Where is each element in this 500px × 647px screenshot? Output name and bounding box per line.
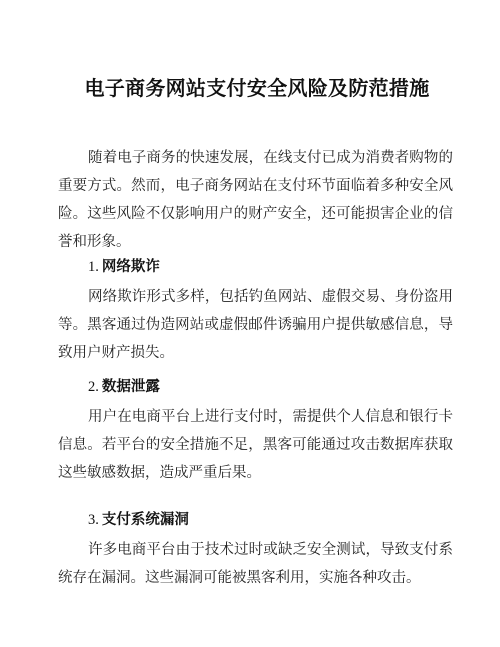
section-number: 2.: [88, 379, 99, 395]
section-heading-2: 2.数据泄露: [88, 375, 160, 399]
section-body-2: 用户在电商平台上进行支付时，需提供个人信息和银行卡信息。若平台的安全措施不足，黑…: [58, 403, 453, 487]
section-number: 3.: [88, 512, 99, 528]
section-body-3: 许多电商平台由于技术过时或缺乏安全测试，导致支付系统存在漏洞。这些漏洞可能被黑客…: [58, 536, 453, 592]
section-title: 支付系统漏洞: [102, 512, 189, 528]
section-title: 数据泄露: [102, 379, 160, 395]
section-heading-1: 1.网络欺诈: [88, 255, 160, 279]
intro-paragraph: 随着电子商务的快速发展，在线支付已成为消费者购物的重要方式。然而，电子商务网站在…: [58, 144, 453, 256]
section-number: 1.: [88, 259, 99, 275]
document-title: 电子商务网站支付安全风险及防范措施: [0, 73, 500, 103]
section-title: 网络欺诈: [102, 259, 160, 275]
section-body-1: 网络欺诈形式多样，包括钓鱼网站、虚假交易、身份盗用等。黑客通过伪造网站或虚假邮件…: [58, 283, 453, 367]
section-heading-3: 3.支付系统漏洞: [88, 508, 189, 532]
document-page: 电子商务网站支付安全风险及防范措施 随着电子商务的快速发展，在线支付已成为消费者…: [0, 0, 500, 647]
